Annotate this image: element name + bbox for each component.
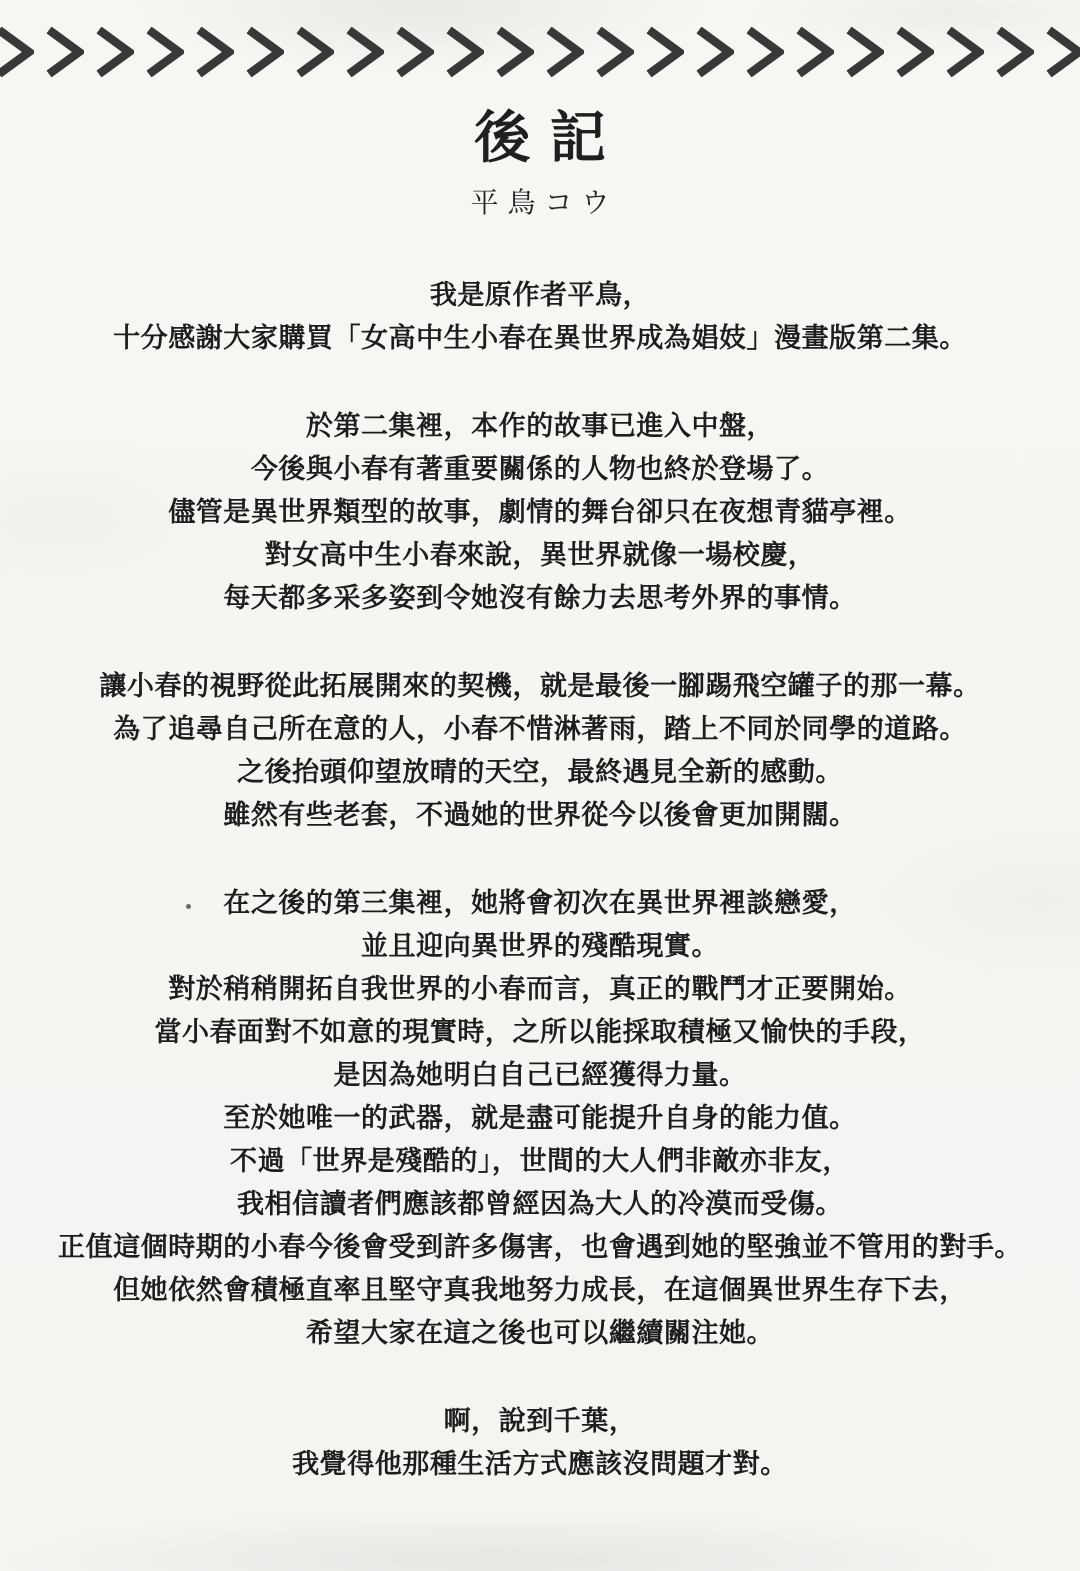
page-title: 後記 bbox=[0, 108, 1080, 170]
right-chevron-icon bbox=[846, 27, 884, 77]
afterword-line: 讓小春的視野從此拓展開來的契機，就是最後一腳踢飛空罐子的那一幕。 bbox=[0, 665, 1080, 708]
right-chevron-icon bbox=[796, 27, 834, 77]
right-chevron-icon bbox=[196, 27, 234, 77]
afterword-line: 之後抬頭仰望放晴的天空，最終遇見全新的感動。 bbox=[0, 751, 1080, 794]
right-chevron-icon bbox=[96, 27, 134, 77]
afterword-line: 今後與小春有著重要關係的人物也終於登場了。 bbox=[0, 448, 1080, 491]
right-chevron-icon bbox=[596, 27, 634, 77]
afterword-line: 但她依然會積極直率且堅守真我地努力成長，在這個異世界生存下去， bbox=[0, 1269, 1080, 1312]
paragraph: 我是原作者平鳥， 十分感謝大家購買「女高中生小春在異世界成為娼妓」漫畫版第二集。 bbox=[0, 274, 1080, 360]
right-chevron-icon bbox=[496, 27, 534, 77]
author-name: 平鳥コウ bbox=[0, 186, 1080, 220]
afterword-line: 我覺得他那種生活方式應該沒問題才對。 bbox=[0, 1443, 1080, 1486]
afterword-line: 為了追尋自己所在意的人，小春不惜淋著雨，踏上不同於同學的道路。 bbox=[0, 708, 1080, 751]
right-chevron-icon bbox=[446, 27, 484, 77]
paragraph: 啊，說到千葉， 我覺得他那種生活方式應該沒問題才對。 bbox=[0, 1400, 1080, 1486]
afterword-line: 是因為她明白自己已經獲得力量。 bbox=[0, 1054, 1080, 1097]
right-chevron-icon bbox=[46, 27, 84, 77]
right-chevron-icon bbox=[396, 27, 434, 77]
afterword-line: 正值這個時期的小春今後會受到許多傷害，也會遇到她的堅強並不管用的對手。 bbox=[0, 1226, 1080, 1269]
afterword-line: 啊，說到千葉， bbox=[0, 1400, 1080, 1443]
afterword-line: 不過「世界是殘酷的」，世間的大人們非敵亦非友， bbox=[0, 1140, 1080, 1183]
right-chevron-icon bbox=[896, 27, 934, 77]
afterword-line: 在之後的第三集裡，她將會初次在異世界裡談戀愛， bbox=[0, 882, 1080, 925]
right-chevron-icon bbox=[0, 27, 34, 77]
right-chevron-icon bbox=[296, 27, 334, 77]
afterword-line: 十分感謝大家購買「女高中生小春在異世界成為娼妓」漫畫版第二集。 bbox=[0, 317, 1080, 360]
right-chevron-icon bbox=[346, 27, 384, 77]
afterword-line: 至於她唯一的武器，就是盡可能提升自身的能力值。 bbox=[0, 1097, 1080, 1140]
paragraph: 在之後的第三集裡，她將會初次在異世界裡談戀愛， 並且迎向異世界的殘酷現實。 對於… bbox=[0, 882, 1080, 1355]
afterword-line: 對女高中生小春來說，異世界就像一場校慶， bbox=[0, 534, 1080, 577]
right-chevron-icon bbox=[696, 27, 734, 77]
ink-speck bbox=[186, 904, 191, 909]
afterword-line: 對於稍稍開拓自我世界的小春而言，真正的戰鬥才正要開始。 bbox=[0, 968, 1080, 1011]
paragraph: 於第二集裡，本作的故事已進入中盤， 今後與小春有著重要關係的人物也終於登場了。 … bbox=[0, 405, 1080, 620]
right-chevron-icon bbox=[646, 27, 684, 77]
chevron-divider bbox=[0, 26, 1080, 78]
afterword-body: 我是原作者平鳥， 十分感謝大家購買「女高中生小春在異世界成為娼妓」漫畫版第二集。… bbox=[0, 274, 1080, 1486]
afterword-line: 當小春面對不如意的現實時，之所以能採取積極又愉快的手段， bbox=[0, 1011, 1080, 1054]
right-chevron-icon bbox=[946, 27, 984, 77]
right-chevron-icon bbox=[246, 27, 284, 77]
paragraph: 讓小春的視野從此拓展開來的契機，就是最後一腳踢飛空罐子的那一幕。 為了追尋自己所… bbox=[0, 665, 1080, 837]
afterword-line: 雖然有些老套，不過她的世界從今以後會更加開闊。 bbox=[0, 794, 1080, 837]
afterword-line: 每天都多采多姿到令她沒有餘力去思考外界的事情。 bbox=[0, 577, 1080, 620]
afterword-line: 希望大家在這之後也可以繼續關注她。 bbox=[0, 1312, 1080, 1355]
right-chevron-icon bbox=[546, 27, 584, 77]
afterword-line: 並且迎向異世界的殘酷現實。 bbox=[0, 925, 1080, 968]
afterword-line: 我是原作者平鳥， bbox=[0, 274, 1080, 317]
afterword-page: 後記 平鳥コウ 我是原作者平鳥， 十分感謝大家購買「女高中生小春在異世界成為娼妓… bbox=[0, 0, 1080, 1571]
right-chevron-icon bbox=[1046, 27, 1080, 77]
afterword-line: 我相信讀者們應該都曾經因為大人的冷漠而受傷。 bbox=[0, 1183, 1080, 1226]
right-chevron-icon bbox=[146, 27, 184, 77]
right-chevron-icon bbox=[996, 27, 1034, 77]
afterword-line: 於第二集裡，本作的故事已進入中盤， bbox=[0, 405, 1080, 448]
afterword-line: 儘管是異世界類型的故事，劇情的舞台卻只在夜想青貓亭裡。 bbox=[0, 491, 1080, 534]
right-chevron-icon bbox=[746, 27, 784, 77]
